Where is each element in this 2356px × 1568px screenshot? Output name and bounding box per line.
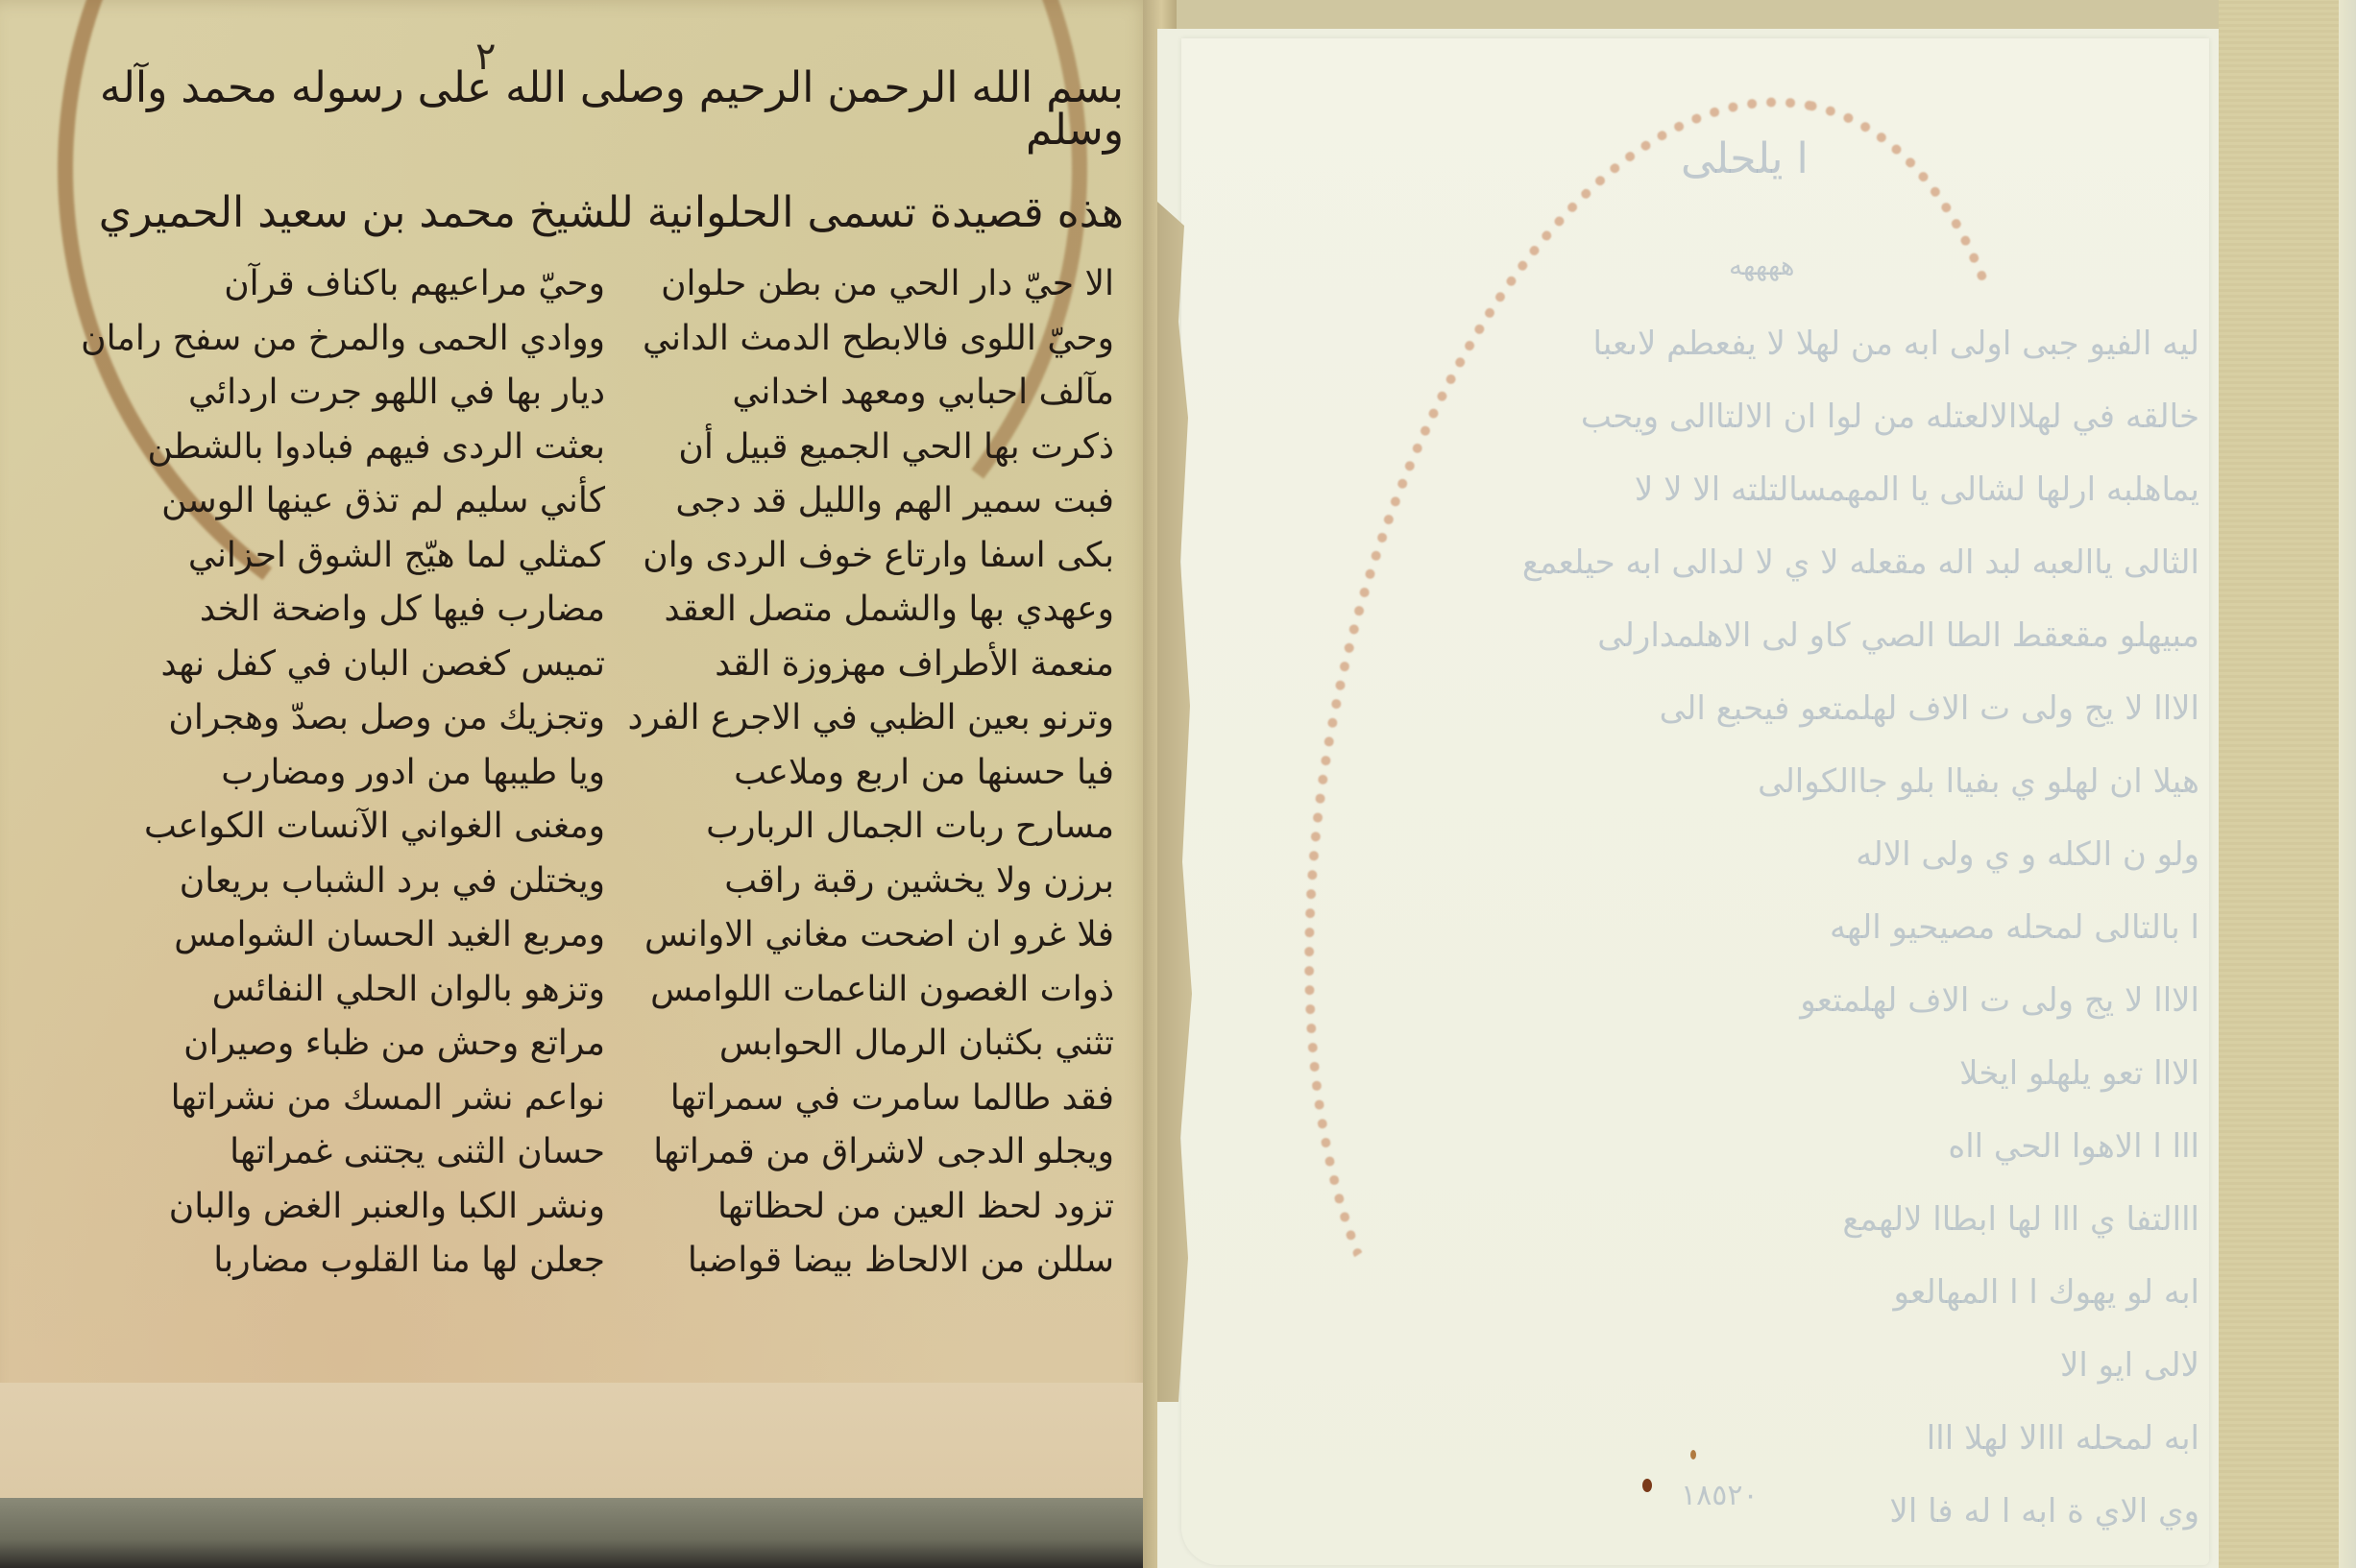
verse-line: تزود لحظ العين من لحظاتها	[615, 1180, 1114, 1235]
verse-line: سللن من الالحاظ بيضا قواضبا	[615, 1234, 1114, 1289]
left-page: ٢ بسم الله الرحمن الرحيم وصلى الله على ر…	[0, 0, 1153, 1498]
second-hemistich-column: وحيّ مراعيهم باكناف قرآن ووادي الحمى وال…	[67, 257, 605, 1289]
verse-line: وحيّ اللوى فالابطح الدمث الداني	[615, 312, 1114, 367]
verse-line: ذوات الغصون الناعمات اللوامس	[615, 963, 1114, 1018]
page-bottom-margin	[0, 1383, 1153, 1498]
verse-line: جعلن لها منا القلوب مضاربا	[67, 1234, 605, 1289]
verse-line: ومربع الغيد الحسان الشوامس	[67, 908, 605, 963]
book-cover-board	[2219, 0, 2356, 1568]
verse-line: فبت سمير الهم والليل قد دجى	[615, 474, 1114, 529]
ghost-line: ولو ن الكله و ي ولى الاله	[1258, 818, 2199, 891]
verse-line: ويا طيبها من ادور ومضارب	[67, 746, 605, 801]
verse-line: فلا غرو ان اضحت مغاني الاوانس	[615, 908, 1114, 963]
poem-title-heading: هذه قصيدة تسمى الحلوانية للشيخ محمد بن س…	[67, 192, 1124, 234]
ghost-line: لالى ايو الا	[1258, 1329, 2199, 1402]
ink-spot	[1642, 1479, 1652, 1492]
ghost-subtitle: ههههه	[1729, 250, 1795, 281]
verse-line: ومغنى الغواني الآنسات الكواعب	[67, 800, 605, 855]
ghost-line: ا بالتالى لمحله مصيحيو الهه	[1258, 891, 2199, 964]
ghost-line: الااا لا يج ولى ت الاف لهلمتعو	[1258, 964, 2199, 1037]
tissue-leaf: ا يلحلى ههههه ليه الفيو جبى اولى ابه من …	[1181, 38, 2209, 1565]
ghost-line: مبيهلو مقعقط الطا الصي كاو لى الاهلمدارل…	[1258, 599, 2199, 672]
ghost-text-block: ليه الفيو جبى اولى ابه من لهلا لا يفعطم …	[1258, 307, 2199, 1548]
ghost-line: ااالتفا ي ااا لها ابطاا لالهمع	[1258, 1183, 2199, 1256]
verse-line: مسارح ربات الجمال الربارب	[615, 800, 1114, 855]
ghost-line: ابه لو يهوك ا ا المهالعو	[1258, 1256, 2199, 1329]
verse-line: منعمة الأطراف مهزوزة القد	[615, 638, 1114, 692]
verse-line: ديار بها في اللهو جرت اردائي	[67, 366, 605, 421]
ghost-line: يماهلبه ارلها لشالى يا المهمسالتلته الا …	[1258, 453, 2199, 526]
ghost-line: الثالى ياالعبه لبد اله مقعله لا ي لا لدا…	[1258, 526, 2199, 599]
verse-line: بكى اسفا وارتاع خوف الردى وان	[615, 529, 1114, 584]
right-page: ا يلحلى ههههه ليه الفيو جبى اولى ابه من …	[1157, 29, 2219, 1568]
verse-line: حسان الثنى يجتنى غمراتها	[67, 1125, 605, 1180]
verse-line: فيا حسنها من اربع وملاعب	[615, 746, 1114, 801]
ghost-footer: ١٨٥٢٠	[1681, 1479, 1759, 1512]
verse-line: وعهدي بها والشمل متصل العقد	[615, 583, 1114, 638]
verse-line: مراتع وحش من ظباء وصيران	[67, 1017, 605, 1072]
manuscript-scene: ٢ بسم الله الرحمن الرحيم وصلى الله على ر…	[0, 0, 2356, 1568]
ghost-title: ا يلحلى	[1681, 134, 1809, 183]
first-hemistich-column: الا حيّ دار الحي من بطن حلوان وحيّ اللوى…	[615, 257, 1114, 1289]
verse-line: ونشر الكبا والعنبر الغض والبان	[67, 1180, 605, 1235]
ghost-line: الااا لا يج ولى ت الاف لهلمتعو فيحبع الى	[1258, 672, 2199, 745]
ink-spot	[1690, 1450, 1696, 1459]
board-edge	[2339, 0, 2356, 1568]
verse-line: ويجلو الدجى لاشراق من قمراتها	[615, 1125, 1114, 1180]
ghost-line: خالقه في لهلاالالعتله من لوا ان الالتاال…	[1258, 380, 2199, 453]
verse-line: ووادي الحمى والمرخ من سفح رامان	[67, 312, 605, 367]
verse-line: بعثت الردى فيهم فبادوا بالشطن	[67, 421, 605, 475]
verse-line: ويختلن في برد الشباب بريعان	[67, 855, 605, 909]
book-bottom-edge	[0, 1498, 1143, 1568]
ghost-line: ليه الفيو جبى اولى ابه من لهلا لا يفعطم …	[1258, 307, 2199, 380]
verse-line: كمثلي لما هيّج الشوق احزاني	[67, 529, 605, 584]
ghost-line: هيلا ان لهلو ي بفياا بلو جاالكوالى	[1258, 745, 2199, 818]
verse-line: نواعم نشر المسك من نشراتها	[67, 1072, 605, 1126]
verse-line: تميس كغصن البان في كفل نهد	[67, 638, 605, 692]
verse-line: ذكرت بها الحي الجميع قبيل أن	[615, 421, 1114, 475]
verse-line: كأني سليم لم تذق عينها الوسن	[67, 474, 605, 529]
verse-line: الا حيّ دار الحي من بطن حلوان	[615, 257, 1114, 312]
basmala-heading: بسم الله الرحمن الرحيم وصلى الله على رسو…	[67, 67, 1124, 152]
verse-line: برزن ولا يخشين رقبة راقب	[615, 855, 1114, 909]
verse-line: وحيّ مراعيهم باكناف قرآن	[67, 257, 605, 312]
verse-line: مضارب فيها كل واضحة الخد	[67, 583, 605, 638]
verse-line: وتزهو بالوان الحلي النفائس	[67, 963, 605, 1018]
verse-line: وتجزيك من وصل بصدّ وهجران	[67, 691, 605, 746]
verse-line: وترنو بعين الظبي في الاجرع الفرد	[615, 691, 1114, 746]
ghost-line: ابه لمحله ااالا لهلا ااا	[1258, 1402, 2199, 1475]
ghost-line: ااا ا الاهوا الحي ااه	[1258, 1110, 2199, 1183]
verse-line: تثني بكثبان الرمال الحوابس	[615, 1017, 1114, 1072]
ghost-line: الااا تعو يلهلو ايخلا	[1258, 1037, 2199, 1110]
verse-line: فقد طالما سامرت في سمراتها	[615, 1072, 1114, 1126]
verse-line: مآلف احبابي ومعهد اخداني	[615, 366, 1114, 421]
